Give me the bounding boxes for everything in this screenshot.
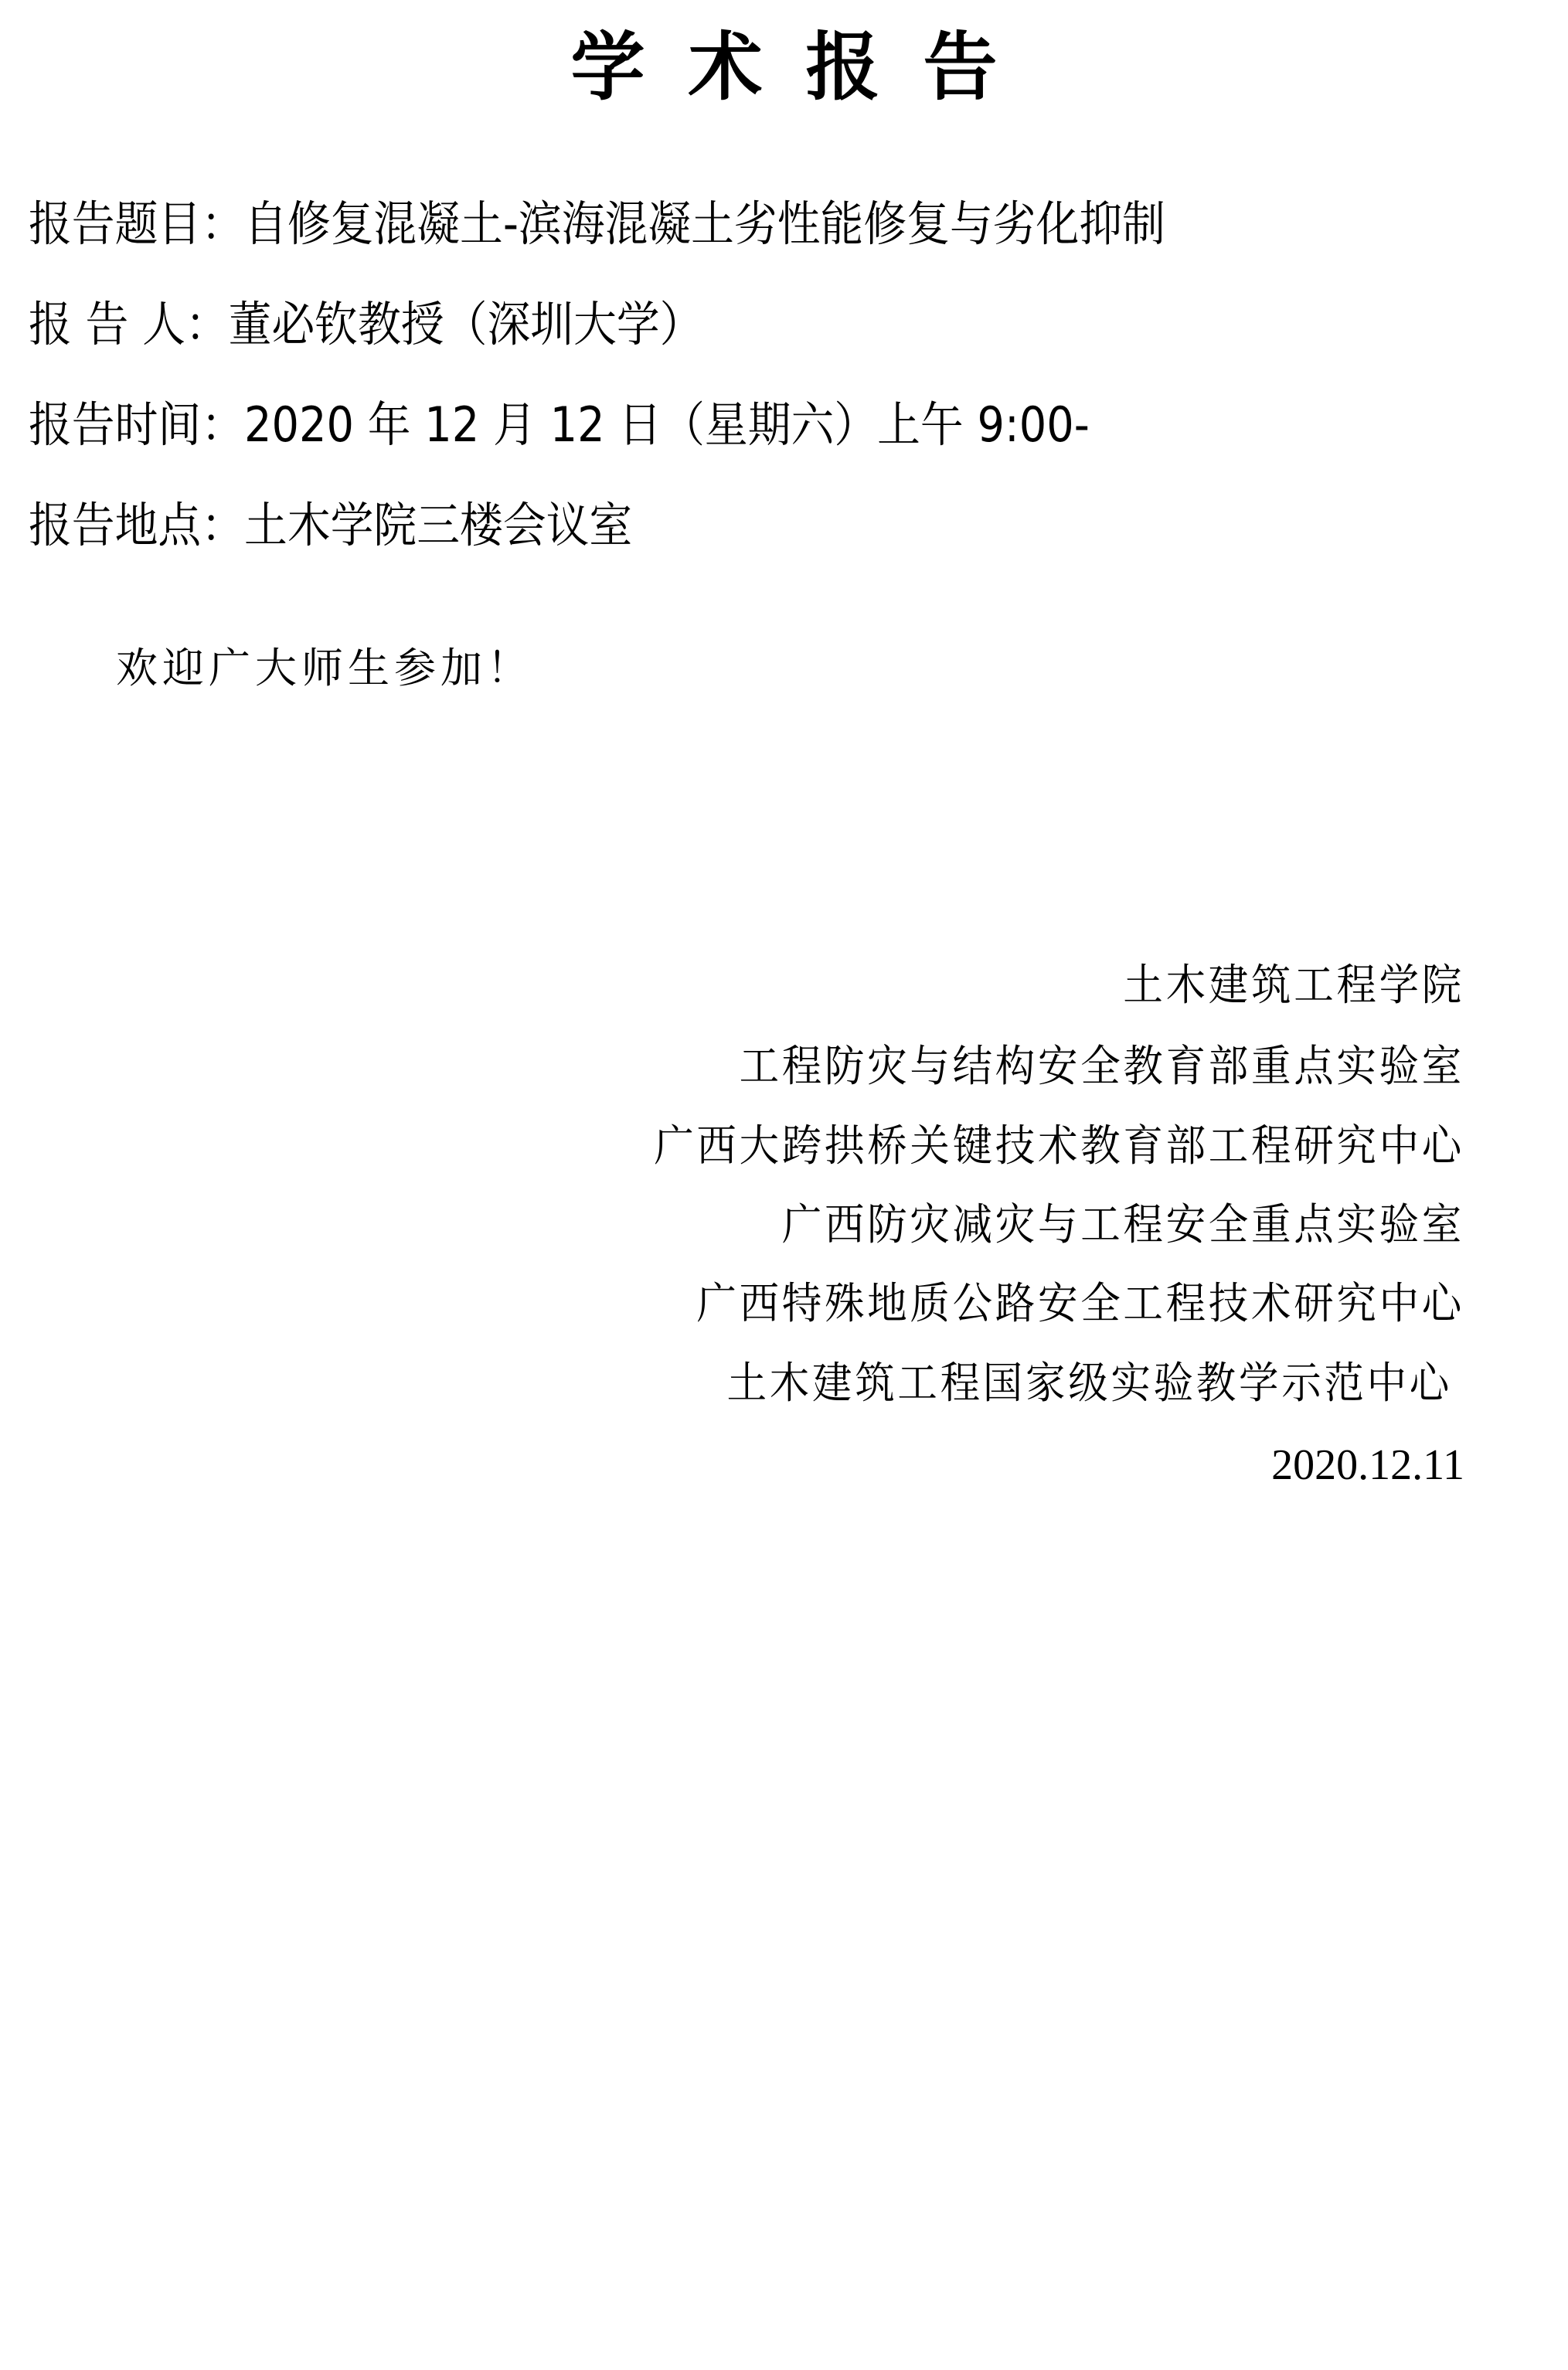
- organizer-6: 土木建筑工程国家级实验教学示范中心: [727, 1356, 1452, 1412]
- report-time-label: 报告时间：: [29, 396, 244, 453]
- organizer-1: 土木建筑工程学院: [1123, 958, 1464, 1014]
- report-topic-label: 报告题目：: [29, 196, 244, 252]
- speaker-value: 董必钦教授（深圳大学）: [229, 296, 703, 352]
- organizer-3: 广西大跨拱桥关键技术教育部工程研究中心: [654, 1119, 1464, 1175]
- welcome-text: 欢迎广大师生参加！: [116, 641, 533, 695]
- document-title: 学术报告: [0, 17, 1568, 117]
- report-location-value: 土木学院三楼会议室: [244, 497, 632, 553]
- issue-date: 2020.12.11: [1271, 1437, 1464, 1493]
- speaker-label: 报 告 人：: [29, 296, 229, 352]
- report-time-value: 2020 年 12 月 12 日（星期六）上午 9:00-: [244, 396, 1090, 453]
- report-location-label: 报告地点：: [29, 497, 244, 553]
- report-time-line: 报告时间：2020 年 12 月 12 日（星期六）上午 9:00-: [29, 394, 1090, 456]
- organizer-4: 广西防灾减灾与工程安全重点实验室: [782, 1198, 1464, 1253]
- organizer-2: 工程防灾与结构安全教育部重点实验室: [740, 1039, 1464, 1095]
- report-topic-line: 报告题目：自修复混凝土-滨海混凝土劣性能修复与劣化抑制: [29, 193, 1165, 255]
- speaker-line: 报 告 人：董必钦教授（深圳大学）: [29, 294, 702, 355]
- organizer-5: 广西特殊地质公路安全工程技术研究中心: [696, 1277, 1464, 1332]
- report-location-line: 报告地点：土木学院三楼会议室: [29, 495, 632, 556]
- report-topic-value: 自修复混凝土-滨海混凝土劣性能修复与劣化抑制: [244, 196, 1165, 252]
